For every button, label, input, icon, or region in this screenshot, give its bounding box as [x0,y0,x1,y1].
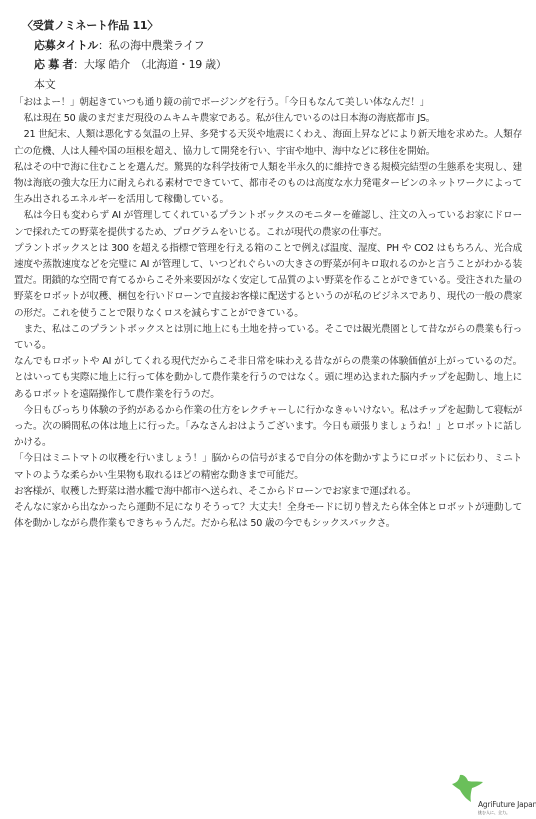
applicant-row: 応 募 者：大塚 皓介 （北海道・19 歳） [34,55,227,75]
paragraph: また、私はこのプラントボックスとは別に地上にも土地を持っている。そこでは観光農園… [14,322,522,354]
entry-title-value: ：私の海中農業ライフ [98,39,204,52]
entry-header: 〈受賞ノミネート作品 11〉 応募タイトル：私の海中農業ライフ 応 募 者：大塚… [18,16,227,94]
paragraph: 21 世紀末、人類は悪化する気温の上昇、多発する天災や地震にくわえ、海面上昇など… [14,127,522,159]
paragraph: 「今日はミニトマトの収穫を行いましょう！」脳からの信号がまるで自分の体を動かすよ… [14,451,522,483]
paragraph: お客様が、収穫した野菜は潜水艦で海中都市へ送られ、そこからドローンでお家まで運ば… [14,484,522,500]
applicant-label: 応 募 者 [34,58,73,71]
body-heading: 本文 [34,75,227,95]
agrifuture-logo: AgriFuture Japan 挑む人に、全力。 [452,772,536,819]
entry-title-label: 応募タイトル [34,39,98,52]
entry-title-row: 応募タイトル：私の海中農業ライフ [34,36,227,56]
paragraph: そんなに家から出なかったら運動不足になりそうって？大丈夫！全身モードに切り替えた… [14,500,522,532]
paragraph: 私はその中で海に住むことを選んだ。驚異的な科学技術で人類を半永久的に維持できる規… [14,160,522,209]
nomination-title: 〈受賞ノミネート作品 11〉 [22,16,227,36]
logo-tagline: 挑む人に、全力。 [478,810,510,816]
logo-name: AgriFuture Japan [478,800,536,809]
applicant-value: ：大塚 皓介 （北海道・19 歳） [73,58,226,71]
paragraph: なんでもロボットや AI がしてくれる現代だからこそ非日常を味わえる昔ながらの農… [14,354,522,403]
paragraph: 私は現在 50 歳のまだまだ現役のムキムキ農家である。私が住んでいるのは日本海の… [14,111,522,127]
paragraph: 私は今日も変わらず AI が管理してくれているプラントボックスのモニターを確認し… [14,208,522,240]
paragraph: 今日もびっちり体験の予約があるから作業の仕方をレクチャーしに行かなきゃいけない。… [14,403,522,452]
paragraph: プラントボックスとは 300 を超える指標で管理を行える箱のことで例えば温度、湿… [14,241,522,322]
paragraph: 「おはよー！」朝起きていつも通り鏡の前でポージングを行う。「今日もなんて美しい体… [14,95,522,111]
essay-body: 「おはよー！」朝起きていつも通り鏡の前でポージングを行う。「今日もなんて美しい体… [14,95,522,532]
